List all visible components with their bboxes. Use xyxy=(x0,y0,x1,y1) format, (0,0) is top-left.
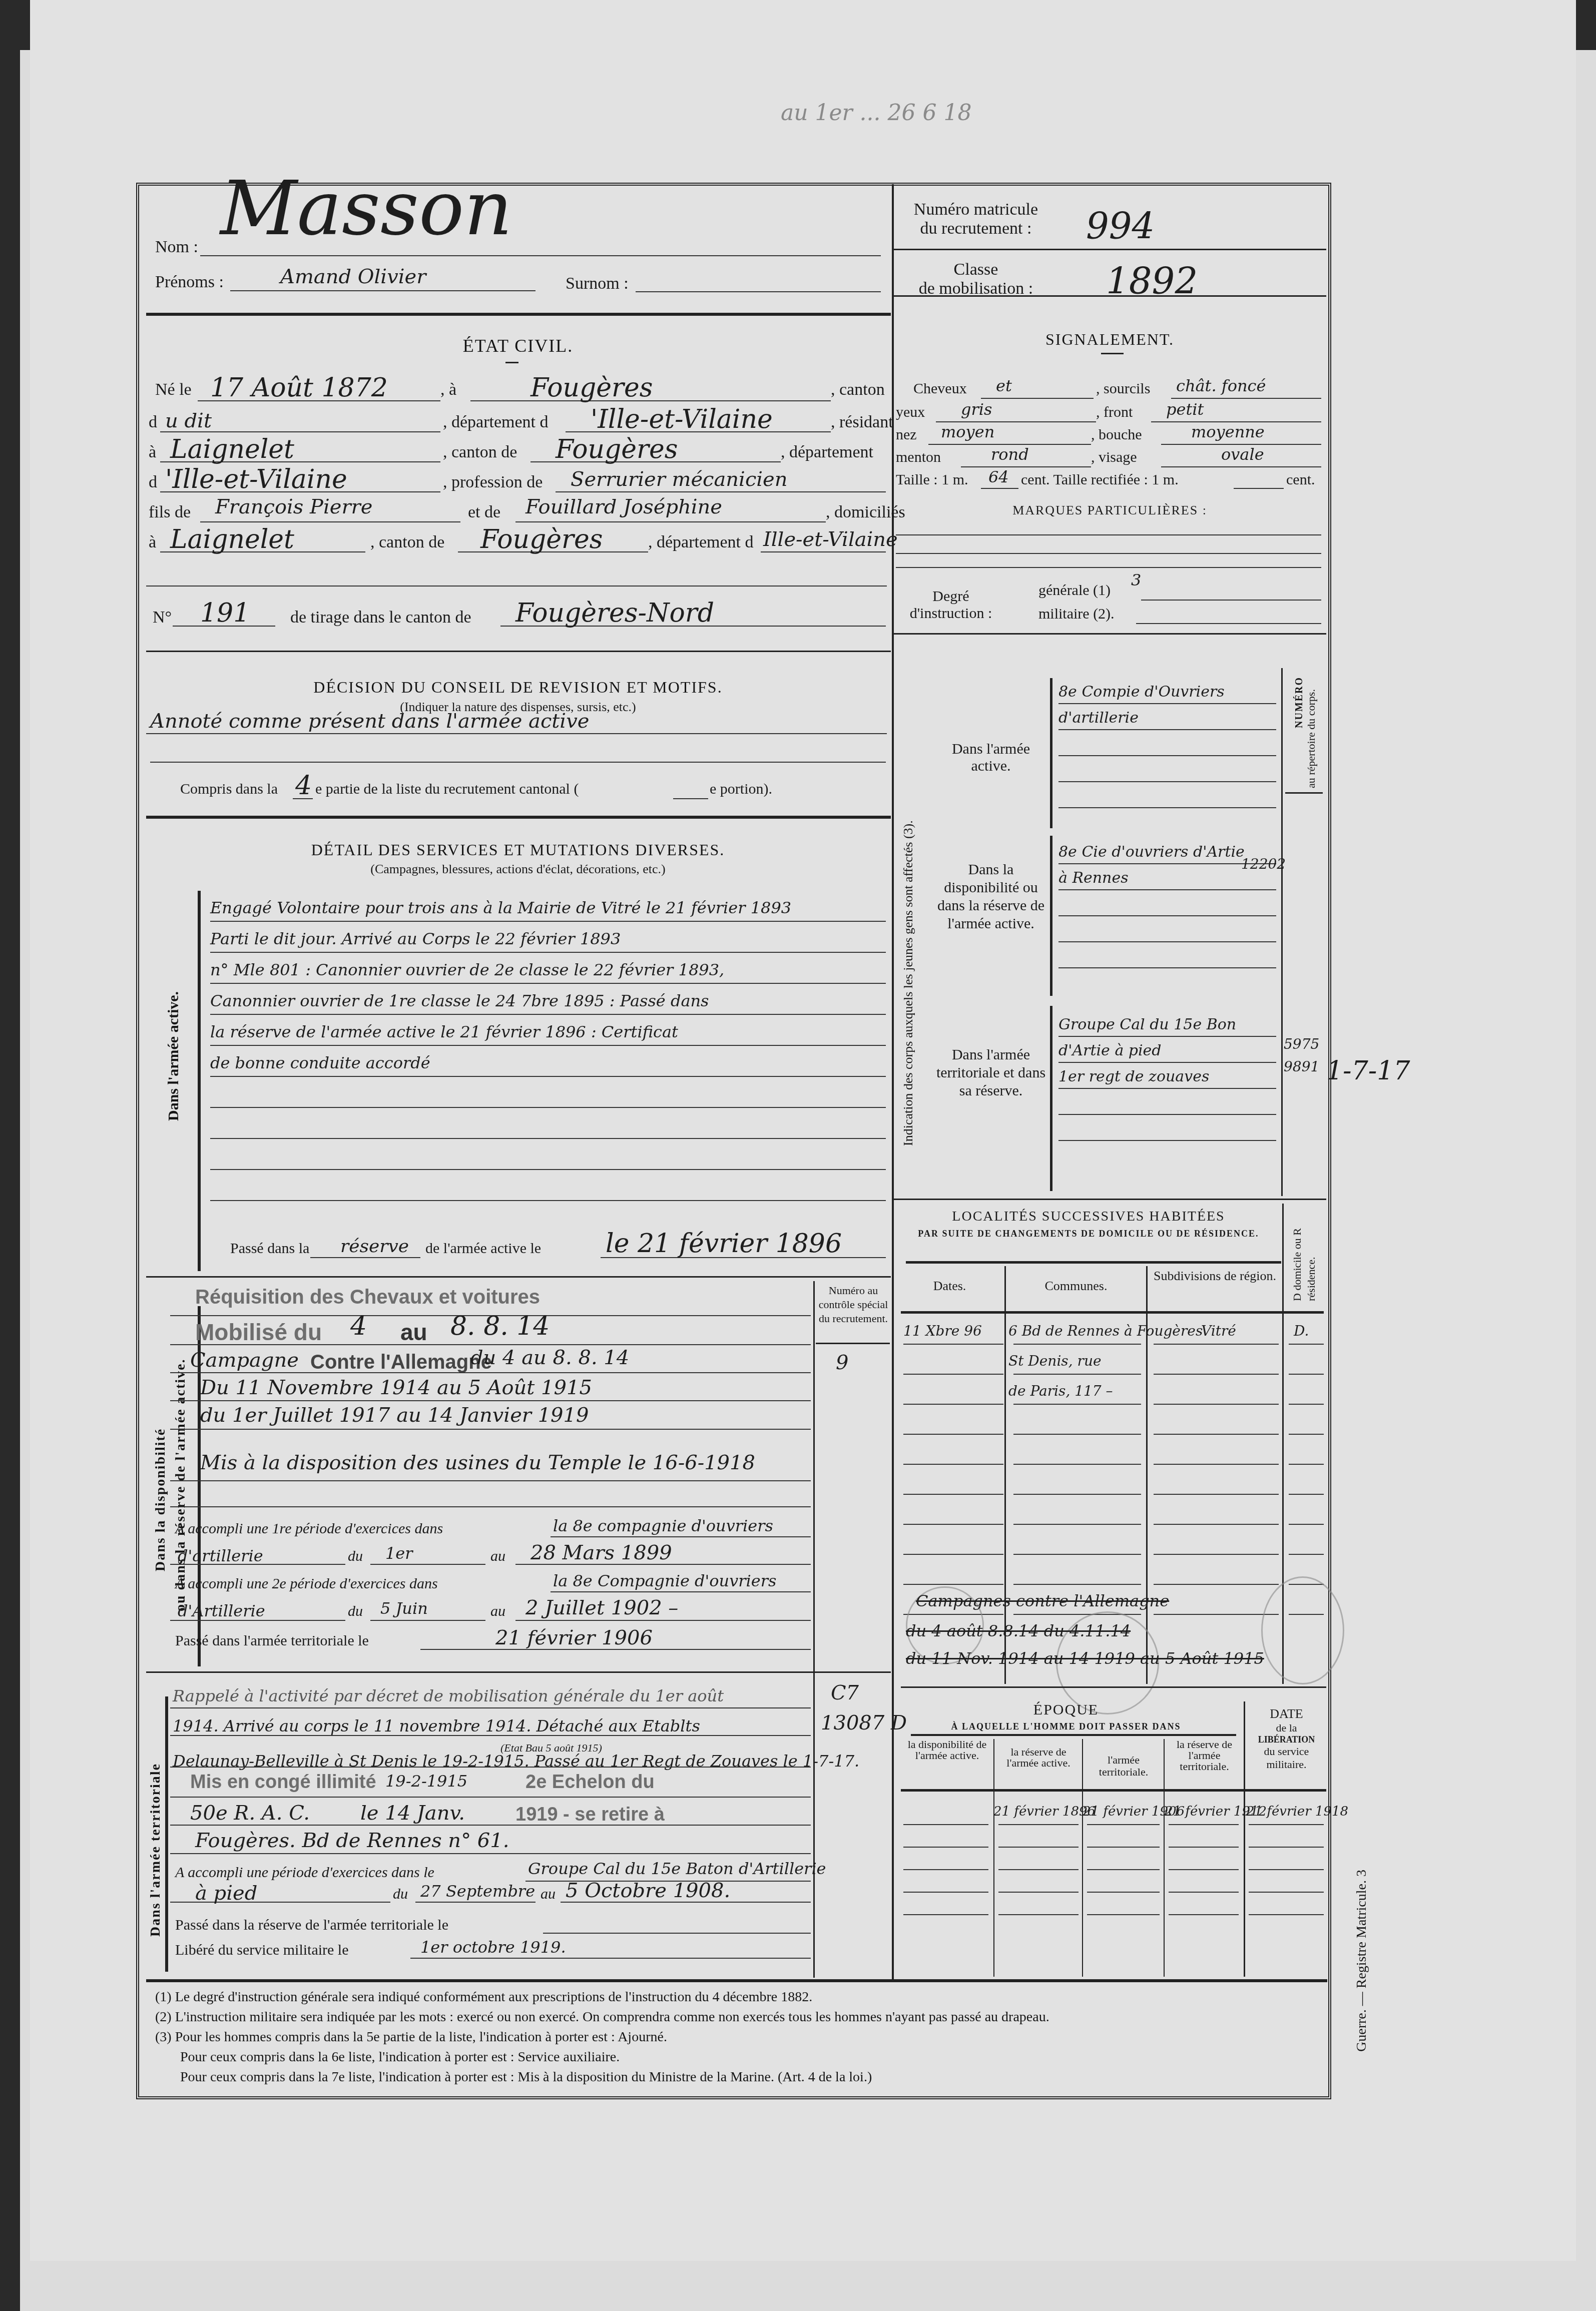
disponibilite-side-label-2: ou dans la réserve de l'armée active. xyxy=(173,1358,189,1611)
generale-label: générale (1) xyxy=(1038,582,1111,599)
nom-label: Nom : xyxy=(155,238,198,257)
liberation-header-2: de la xyxy=(1245,1721,1328,1735)
tirage-canton-value: Fougères-Nord xyxy=(515,598,714,628)
rule xyxy=(1154,1374,1279,1375)
compris-label-2: e partie de la liste du recrutement cant… xyxy=(315,781,579,798)
passe-territoriale-value: 21 février 1906 xyxy=(495,1626,653,1649)
footnote: Pour ceux compris dans la 6e liste, l'in… xyxy=(180,2049,620,2065)
classe-label-line1: Classe xyxy=(901,260,1051,279)
struck-line-3: du 11 Nov. 1914 au 14 1919 au 5 Août 191… xyxy=(906,1649,1264,1668)
rule xyxy=(210,1169,886,1170)
rule xyxy=(896,567,1321,568)
rule xyxy=(998,1847,1079,1848)
rule xyxy=(1058,1140,1276,1141)
corps-line: d'artillerie xyxy=(1058,709,1139,727)
echelon-stamp: 2e Echelon du xyxy=(525,1772,655,1793)
rule xyxy=(903,1847,988,1848)
rule xyxy=(1013,1524,1141,1525)
struck-line-1: Campagnes contre l'Allemagne xyxy=(916,1591,1169,1610)
column-divider xyxy=(1082,1739,1083,1977)
du-label: du xyxy=(393,1886,408,1903)
bracket xyxy=(1050,678,1052,828)
liberation-header: DATE de la LIBÉRATION du service militai… xyxy=(1245,1706,1328,1771)
corps-line: à Rennes xyxy=(1058,869,1129,887)
rule xyxy=(1289,1464,1324,1465)
bouche-value: moyenne xyxy=(1191,422,1265,441)
rule xyxy=(1289,1554,1324,1555)
rule xyxy=(1161,466,1321,467)
rappel-line-1: Rappelé à l'activité par décret de mobil… xyxy=(173,1686,724,1705)
numero-controle-value: 9 xyxy=(836,1351,848,1374)
rule xyxy=(1169,1892,1239,1893)
periode-unit-value: Groupe Cal du 15e Baton d'Artillerie xyxy=(528,1859,826,1878)
divider xyxy=(146,1979,1327,1982)
profession-value: Serrurier mécanicien xyxy=(571,468,788,491)
divider xyxy=(901,1311,1324,1314)
rule xyxy=(1289,1344,1324,1345)
front-label: , front xyxy=(1096,404,1133,421)
numero-column-divider xyxy=(1281,668,1283,1196)
rule xyxy=(551,1536,811,1537)
taille-rectifiee-label: cent. Taille rectifiée : 1 m. xyxy=(1021,471,1179,488)
rule xyxy=(170,1825,811,1826)
periode-au-value: 5 Octobre 1908. xyxy=(566,1879,730,1902)
localites-col-subdivisions: Subdivisions de région. xyxy=(1149,1269,1281,1284)
tirage-label: de tirage dans le canton de xyxy=(290,608,471,627)
rule xyxy=(1058,1088,1276,1089)
rule xyxy=(170,1506,811,1507)
numero-header-2: au répertoire du corps. xyxy=(1305,689,1318,788)
au-label: au xyxy=(490,1548,505,1565)
column-divider xyxy=(993,1739,994,1977)
rule xyxy=(210,921,886,922)
rule xyxy=(1289,1434,1324,1435)
divider xyxy=(901,1686,1326,1688)
periode-label: A accompli une période d'exercices dans … xyxy=(175,1864,434,1881)
reserve-territoriale-label: Passé dans la réserve de l'armée territo… xyxy=(175,1917,448,1934)
bracket xyxy=(165,1696,168,1972)
canton-value: u dit xyxy=(165,409,212,432)
localite-commune: de Paris, 117 – xyxy=(1008,1383,1113,1399)
rule xyxy=(1154,1434,1279,1435)
rule xyxy=(1154,1614,1279,1615)
rule xyxy=(1169,1914,1239,1915)
rule xyxy=(673,798,708,799)
rule xyxy=(1249,1914,1324,1915)
rule xyxy=(1289,1374,1324,1375)
epoque-subtitle: À LAQUELLE L'HOMME DOIT PASSER DANS xyxy=(901,1721,1231,1732)
passe-reserve-value: réserve xyxy=(340,1236,409,1257)
domicile-dep-label: , département d xyxy=(648,533,754,552)
rule xyxy=(1013,1404,1141,1405)
etat-civil-title: ÉTAT CIVIL. xyxy=(145,335,891,356)
corps-side-label: Indication des corps auxquels les jeunes… xyxy=(901,820,916,1146)
compris-label: Compris dans la xyxy=(180,781,278,798)
rule xyxy=(903,1892,988,1893)
rule xyxy=(1289,1524,1324,1525)
residant-dep-prefix: d xyxy=(149,473,157,492)
residant-departement-label: , département xyxy=(781,443,873,462)
degre-label-1: Degré xyxy=(901,588,1001,605)
pencil-annotation: au 1er ... 26 6 18 xyxy=(781,100,972,126)
rule xyxy=(1013,1494,1141,1495)
prenoms-label: Prénoms : xyxy=(155,273,224,292)
rule xyxy=(1169,1824,1239,1825)
retire-stamp: 1919 - se retire à xyxy=(515,1804,665,1826)
localite-subdivision: Vitré xyxy=(1201,1323,1236,1339)
rule xyxy=(170,1853,811,1854)
matricule-label: Numéro matricule du recrutement : xyxy=(901,200,1051,238)
footnote: Pour ceux compris dans la 7e liste, l'in… xyxy=(180,2069,872,2085)
services-side-label: Dans l'armée active. xyxy=(165,991,182,1121)
nez-value: moyen xyxy=(941,422,994,441)
rule xyxy=(1169,1847,1239,1848)
rule xyxy=(1154,1584,1279,1585)
rule xyxy=(556,491,886,492)
domicile-a: à xyxy=(149,533,156,552)
residant-a: à xyxy=(149,443,156,462)
rule xyxy=(146,733,887,734)
divider xyxy=(893,295,1326,297)
corps-line: 1er regt de zouaves xyxy=(1058,1068,1209,1085)
rule xyxy=(210,1200,886,1201)
service-line: n° Mle 801 : Canonnier ouvrier de 2e cla… xyxy=(210,960,724,979)
nom-rule xyxy=(200,255,881,256)
cent-label: cent. xyxy=(1286,471,1315,488)
departement-label: , département d xyxy=(443,413,549,432)
rule xyxy=(903,1494,1003,1495)
localite-dr: D. xyxy=(1294,1323,1309,1339)
rule xyxy=(761,551,886,552)
menton-label: menton xyxy=(896,449,941,466)
yeux-label: yeux xyxy=(896,404,925,421)
localites-col-dr: D domicile ou R résidence. xyxy=(1290,1201,1318,1301)
rule xyxy=(1013,1344,1141,1345)
localites-col-communes: Communes. xyxy=(1006,1279,1146,1294)
surnom-rule xyxy=(636,291,881,292)
corps-territoriale-label: Dans l'armée territoriale et dans sa rés… xyxy=(931,1046,1051,1100)
rule xyxy=(961,466,1091,467)
canton-label: , canton xyxy=(831,380,885,399)
rule xyxy=(1141,600,1321,601)
residence-departement-value: 'Ille-et-Vilaine xyxy=(165,464,347,494)
taille-value: 64 xyxy=(988,467,1009,486)
rule xyxy=(1087,1847,1160,1848)
epoque-col-reserve-territoriale: la réserve de l'armée territoriale. xyxy=(1165,1739,1244,1772)
prenoms-value: Amand Olivier xyxy=(280,265,426,288)
conge-date: 19-2-1915 xyxy=(385,1772,467,1791)
mobilise-to-value: 8. 8. 14 xyxy=(450,1311,550,1341)
rule xyxy=(1058,889,1276,890)
rule xyxy=(1289,1494,1324,1495)
periode2-label: A accompli une 2e période d'exercices da… xyxy=(175,1575,438,1592)
rule xyxy=(410,1958,811,1959)
rule xyxy=(1169,1869,1239,1870)
rule xyxy=(1058,967,1276,968)
epoque-value-reserve-active: 21 février 1896 xyxy=(993,1804,1096,1819)
territoriale-side-label-1: Dans l'armée territoriale xyxy=(148,1763,164,1937)
rule xyxy=(998,1892,1079,1893)
a-label: , à xyxy=(440,380,456,399)
stamp-seal xyxy=(1261,1576,1344,1684)
rule xyxy=(1013,1584,1141,1585)
struck-line-2: du 4 août 8.8.14 du 4.11.14 xyxy=(906,1621,1131,1640)
rule xyxy=(170,1372,811,1373)
periode1-unit-2-value: d'artillerie xyxy=(178,1546,263,1565)
profession-label: , profession de xyxy=(443,473,543,492)
requisition-stamp: Réquisition des Chevaux et voitures xyxy=(195,1286,540,1309)
rule xyxy=(370,1564,485,1565)
corps-line: d'Artie à pied xyxy=(1058,1042,1162,1059)
rule xyxy=(1058,729,1276,730)
rule xyxy=(1058,1062,1276,1063)
au-label: au xyxy=(490,1603,505,1620)
rule xyxy=(551,1591,811,1592)
cheveux-value: et xyxy=(996,376,1012,395)
rule xyxy=(903,1344,1003,1345)
tirage-number-value: 191 xyxy=(200,598,250,628)
rule xyxy=(896,553,1321,554)
epoque-col-territoriale: l'armée territoriale. xyxy=(1084,1754,1164,1778)
mobilise-from-value: 4 xyxy=(350,1311,367,1341)
divider xyxy=(906,1261,1281,1264)
rule xyxy=(1249,1847,1324,1848)
residence-canton-value: Fougères xyxy=(556,434,678,464)
title-dash xyxy=(505,362,518,363)
parents-departement-value: Ille-et-Vilaine xyxy=(763,528,898,551)
rule xyxy=(146,586,887,587)
rule xyxy=(1013,1434,1141,1435)
divider xyxy=(893,249,1326,250)
mobilise-au-stamp: au xyxy=(400,1319,427,1346)
matricule-label-line2: du recrutement : xyxy=(901,219,1051,238)
divider xyxy=(893,633,1326,635)
numero-column-divider xyxy=(813,1281,815,1671)
service-period-2: du 1er Juillet 1917 au 14 Janvier 1919 xyxy=(200,1404,589,1427)
periode2-unit-value: la 8e Compagnie d'ouvriers xyxy=(553,1571,776,1590)
rappel-line-2: 1914. Arrivé au corps le 11 novembre 191… xyxy=(173,1716,700,1736)
divider xyxy=(816,1343,890,1344)
rule xyxy=(1234,488,1284,489)
compris-label-3: e portion). xyxy=(710,781,772,798)
rule xyxy=(210,1076,886,1077)
matricule-value: 994 xyxy=(1086,205,1155,247)
visage-label: , visage xyxy=(1091,449,1137,466)
periode1-label: A accompli une 1re période d'exercices d… xyxy=(175,1520,443,1537)
rule xyxy=(1058,755,1276,756)
taille-label: Taille : 1 m. xyxy=(896,471,968,488)
numero-column-divider xyxy=(813,1672,815,1978)
service-period-1: Du 11 Novembre 1914 au 5 Août 1915 xyxy=(200,1376,592,1399)
rule xyxy=(903,1464,1003,1465)
periode1-du-value: 1er xyxy=(385,1544,413,1563)
matricule-label-line1: Numéro matricule xyxy=(901,200,1051,219)
localites-col-dates: Dates. xyxy=(896,1279,1003,1294)
services-title: DÉTAIL DES SERVICES ET MUTATIONS DIVERSE… xyxy=(145,841,891,859)
front-value: petit xyxy=(1166,400,1204,419)
rule xyxy=(1058,781,1276,782)
compris-partie-value: 4 xyxy=(295,771,312,801)
corps-disponibilite-label: Dans la disponibilité ou dans la réserve… xyxy=(931,861,1051,933)
rule xyxy=(515,521,826,522)
passe-date-value: le 21 février 1896 xyxy=(606,1229,842,1259)
rule xyxy=(998,1824,1079,1825)
rule xyxy=(903,1434,1003,1435)
residence-value: Laignelet xyxy=(170,434,294,464)
rule xyxy=(903,1524,1003,1525)
rule xyxy=(210,1045,886,1046)
rule xyxy=(150,762,886,763)
rule xyxy=(515,1620,811,1621)
corps-territoriale-numero-1: 5975 xyxy=(1284,1036,1319,1052)
rule xyxy=(210,1107,886,1108)
epoque-col-disponibilite: la disponibilité de l'armée active. xyxy=(901,1739,993,1761)
rule xyxy=(170,1707,811,1708)
divider xyxy=(1285,792,1323,794)
parents-domicile-value: Laignelet xyxy=(170,524,294,554)
periode-du-value: 27 Septembre xyxy=(420,1882,535,1901)
rule xyxy=(1058,915,1276,916)
periode1-unit-value: la 8e compagnie d'ouvriers xyxy=(553,1516,773,1535)
registre-margin-label: Guerre. — Registre Matricule. 3 xyxy=(1354,1870,1370,2052)
rule xyxy=(1171,398,1321,399)
prenoms-rule xyxy=(230,290,536,291)
ne-le-label: Né le xyxy=(155,380,192,399)
rule xyxy=(210,952,886,953)
bracket xyxy=(1050,836,1052,996)
corps-line: 8e Cie d'ouvriers d'Artie xyxy=(1058,843,1245,861)
et-de-label: et de xyxy=(468,503,500,522)
degre-label-2: d'instruction : xyxy=(901,605,1001,622)
domicile-canton-label: , canton de xyxy=(370,533,444,552)
footnote: (2) L'instruction militaire sera indiqué… xyxy=(155,2009,1049,2025)
rule xyxy=(1249,1869,1324,1870)
mother-name-value: Fouillard Joséphine xyxy=(525,495,722,518)
rule xyxy=(1087,1869,1160,1870)
campagne-stamp: Contre l'Allemagne xyxy=(310,1351,492,1374)
service-line: Parti le dit jour. Arrivé au Corps le 22… xyxy=(210,929,621,948)
militaire-label: militaire (2). xyxy=(1038,606,1115,623)
campagne-dates: du 4 au 8. 8. 14 xyxy=(470,1346,629,1369)
divider xyxy=(911,1734,1236,1736)
epoque-title: ÉPOQUE xyxy=(901,1701,1231,1718)
divider xyxy=(146,1276,891,1278)
rule xyxy=(1013,1464,1141,1465)
periode2-du-value: 5 Juin xyxy=(380,1599,428,1618)
divider xyxy=(893,1199,1326,1200)
rule xyxy=(903,1554,1003,1555)
services-subtitle: (Campagnes, blessures, actions d'éclat, … xyxy=(145,862,891,877)
rule xyxy=(210,983,886,984)
rule xyxy=(1087,1824,1160,1825)
localites-title: LOCALITÉS SUCCESSIVES HABITÉES xyxy=(893,1209,1284,1225)
rule xyxy=(415,1902,536,1903)
rule xyxy=(170,1797,811,1798)
signalement-title: SIGNALEMENT. xyxy=(893,330,1326,349)
rule xyxy=(1154,1344,1279,1345)
liberation-header-4: du service militaire. xyxy=(1245,1745,1328,1771)
rule xyxy=(903,1824,988,1825)
footnote: (3) Pour les hommes compris dans la 5e p… xyxy=(155,2029,667,2045)
menton-value: rond xyxy=(991,445,1029,464)
corps-line: Groupe Cal du 15e Bon xyxy=(1058,1016,1236,1033)
bracket xyxy=(198,891,201,1271)
libere-label: Libéré du service militaire le xyxy=(175,1942,349,1959)
tirage-number-label: N° xyxy=(153,608,172,627)
mis-disposition-value: Mis à la disposition des usines du Templ… xyxy=(200,1451,755,1474)
rule xyxy=(1013,1374,1141,1375)
decision-title: DÉCISION DU CONSEIL DE REVISION ET MOTIF… xyxy=(145,678,891,697)
numero-header-1: NUMÉRO xyxy=(1294,677,1305,728)
corps-disponibilite-numero: 12202 xyxy=(1241,856,1286,872)
rule xyxy=(1087,1914,1160,1915)
generale-value: 3 xyxy=(1131,570,1141,590)
rule xyxy=(1154,1554,1279,1555)
rule xyxy=(170,1344,811,1345)
residant-label: , résidant xyxy=(831,413,893,432)
rule xyxy=(1058,703,1276,704)
yeux-value: gris xyxy=(961,400,992,419)
rule xyxy=(903,1869,988,1870)
du-label: du xyxy=(348,1548,363,1565)
periode2-au-value: 2 Juillet 1902 – xyxy=(525,1596,678,1619)
birth-place-value: Fougères xyxy=(530,373,653,403)
mobilise-stamp: Mobilisé du xyxy=(195,1319,322,1346)
divider xyxy=(146,651,891,652)
rule xyxy=(310,1257,420,1258)
rule xyxy=(1249,1892,1324,1893)
corps-line: 8e Compie d'Ouvriers xyxy=(1058,683,1225,701)
decision-value: Annoté comme présent dans l'armée active xyxy=(150,710,589,733)
rule xyxy=(903,1404,1003,1405)
localites-subtitle: PAR SUITE DE CHANGEMENTS DE DOMICILE OU … xyxy=(893,1229,1284,1239)
rappel-line-3: Delaunay-Belleville à St Denis le 19-2-1… xyxy=(173,1752,859,1771)
libere-value: 1er octobre 1919. xyxy=(420,1938,566,1957)
service-line: Canonnier ouvrier de 1re classe le 24 7b… xyxy=(210,991,709,1010)
surnom-label: Surnom : xyxy=(566,274,629,293)
territoriale-numero-2: 13087 D xyxy=(821,1711,907,1735)
rule xyxy=(1136,623,1321,624)
rule xyxy=(981,398,1094,399)
territoriale-numero-1: C7 xyxy=(831,1681,859,1704)
nom-value: Masson xyxy=(220,165,512,252)
sourcils-label: , sourcils xyxy=(1096,380,1150,397)
corps-territoriale-side-note: 1-7-17 xyxy=(1326,1056,1410,1086)
rule xyxy=(1154,1404,1279,1405)
conge-stamp: Mis en congé illimité xyxy=(190,1772,376,1793)
rule xyxy=(1154,1494,1279,1495)
service-line: Engagé Volontaire pour trois ans à la Ma… xyxy=(210,898,791,917)
sourcils-value: chât. foncé xyxy=(1176,376,1266,395)
rule xyxy=(903,1584,1003,1585)
classe-label: Classe de mobilisation : xyxy=(901,260,1051,298)
passe-label-2: de l'armée active le xyxy=(425,1240,541,1257)
rule xyxy=(998,1914,1079,1915)
degre-label: Degré d'instruction : xyxy=(901,588,1001,622)
departement-value: 'Ille-et-Vilaine xyxy=(591,404,773,434)
rule xyxy=(543,1933,811,1934)
rule xyxy=(1058,1036,1276,1037)
parents-canton-value: Fougères xyxy=(480,524,603,554)
rule xyxy=(1249,1824,1324,1825)
periode1-au-value: 28 Mars 1899 xyxy=(530,1541,672,1564)
retire-address: Fougères. Bd de Rennes n° 61. xyxy=(195,1829,509,1852)
rule xyxy=(1087,1892,1160,1893)
epoque-col-reserve-active: la réserve de l'armée active. xyxy=(995,1747,1082,1769)
rule xyxy=(896,534,1321,535)
rule xyxy=(1289,1404,1324,1405)
divider xyxy=(146,1671,891,1673)
